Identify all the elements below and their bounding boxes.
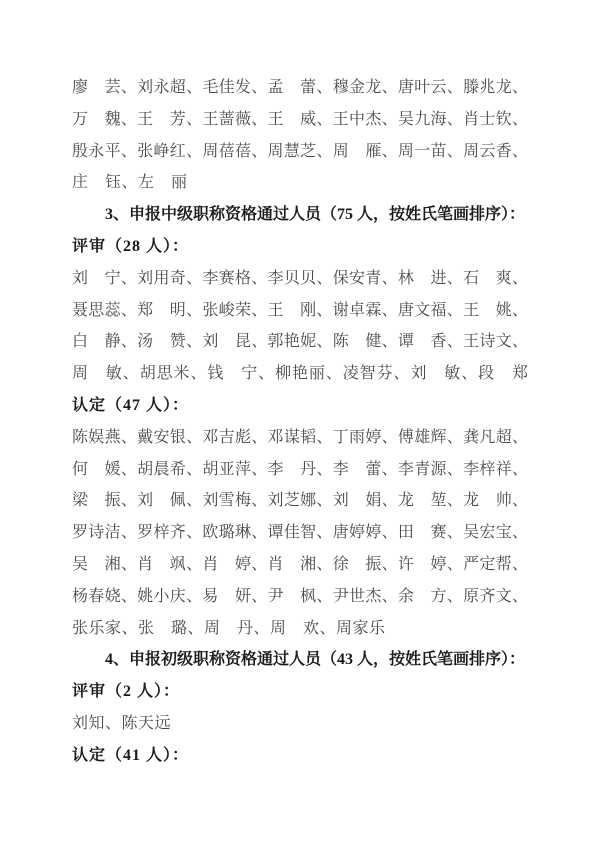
name-list-line: 刘知、陈天远 xyxy=(72,708,528,740)
name-list-line: 刘 宁、刘用奇、李赛格、李贝贝、保安青、林 进、石 爽、 xyxy=(72,263,528,295)
name-list-line: 殷永平、张峥红、周蓓蓓、周慧芝、周 雁、周一苗、周云香、 xyxy=(72,136,528,168)
name-list-line: 庄 钰、左 丽 xyxy=(72,167,528,199)
review-count-label: 评审（2 人）： xyxy=(72,676,528,708)
name-list-line: 白 静、汤 赞、刘 昆、郭艳妮、陈 健、谭 香、王诗文、 xyxy=(72,326,528,358)
name-list-line: 廖 芸、刘永超、毛佳发、孟 蕾、穆金龙、唐叶云、滕兆龙、 xyxy=(72,72,528,104)
review-count-label: 评审（28 人）： xyxy=(72,231,528,263)
name-list-line: 张乐家、张 璐、周 丹、周 欢、周家乐 xyxy=(72,613,528,645)
name-list-line: 罗诗洁、罗梓齐、欧璐琳、谭佳智、唐婷婷、田 赛、吴宏宝、 xyxy=(72,517,528,549)
name-list-line: 周 敏、胡思米、钱 宁、柳艳丽、凌智芬、刘 敏、段 郑 xyxy=(72,358,528,390)
name-list-line: 陈娱燕、戴安银、邓吉彪、邓谋韬、丁雨婷、傅雄辉、龚凡超、 xyxy=(72,422,528,454)
name-list-line: 聂思蕊、郑 明、张峻荣、王 刚、谢卓霖、唐文福、王 姚、 xyxy=(72,295,528,327)
document-page: 廖 芸、刘永超、毛佳发、孟 蕾、穆金龙、唐叶云、滕兆龙、 万 魏、王 芳、王蔷薇… xyxy=(0,0,600,848)
name-list-line: 杨春娆、姚小庆、易 妍、尹 枫、尹世杰、余 方、原齐文、 xyxy=(72,581,528,613)
section-heading-intermediate: 3、申报中级职称资格通过人员（75 人，按姓氏笔画排序）： xyxy=(72,199,528,231)
certify-count-label: 认定（41 人）： xyxy=(72,740,528,772)
name-list-line: 何 媛、胡晨希、胡亚萍、李 丹、李 蕾、李青源、李梓祥、 xyxy=(72,454,528,486)
section-heading-junior: 4、申报初级职称资格通过人员（43 人，按姓氏笔画排序）： xyxy=(72,644,528,676)
document-body: 廖 芸、刘永超、毛佳发、孟 蕾、穆金龙、唐叶云、滕兆龙、 万 魏、王 芳、王蔷薇… xyxy=(72,72,528,772)
certify-count-label: 认定（47 人）： xyxy=(72,390,528,422)
name-list-line: 梁 振、刘 佩、刘雪梅、刘芝娜、刘 娟、龙 堃、龙 帅、 xyxy=(72,485,528,517)
name-list-line: 吴 湘、肖 飒、肖 婷、肖 湘、徐 振、许 婷、严定帮、 xyxy=(72,549,528,581)
name-list-line: 万 魏、王 芳、王蔷薇、王 威、王中杰、吴九海、肖士钦、 xyxy=(72,104,528,136)
